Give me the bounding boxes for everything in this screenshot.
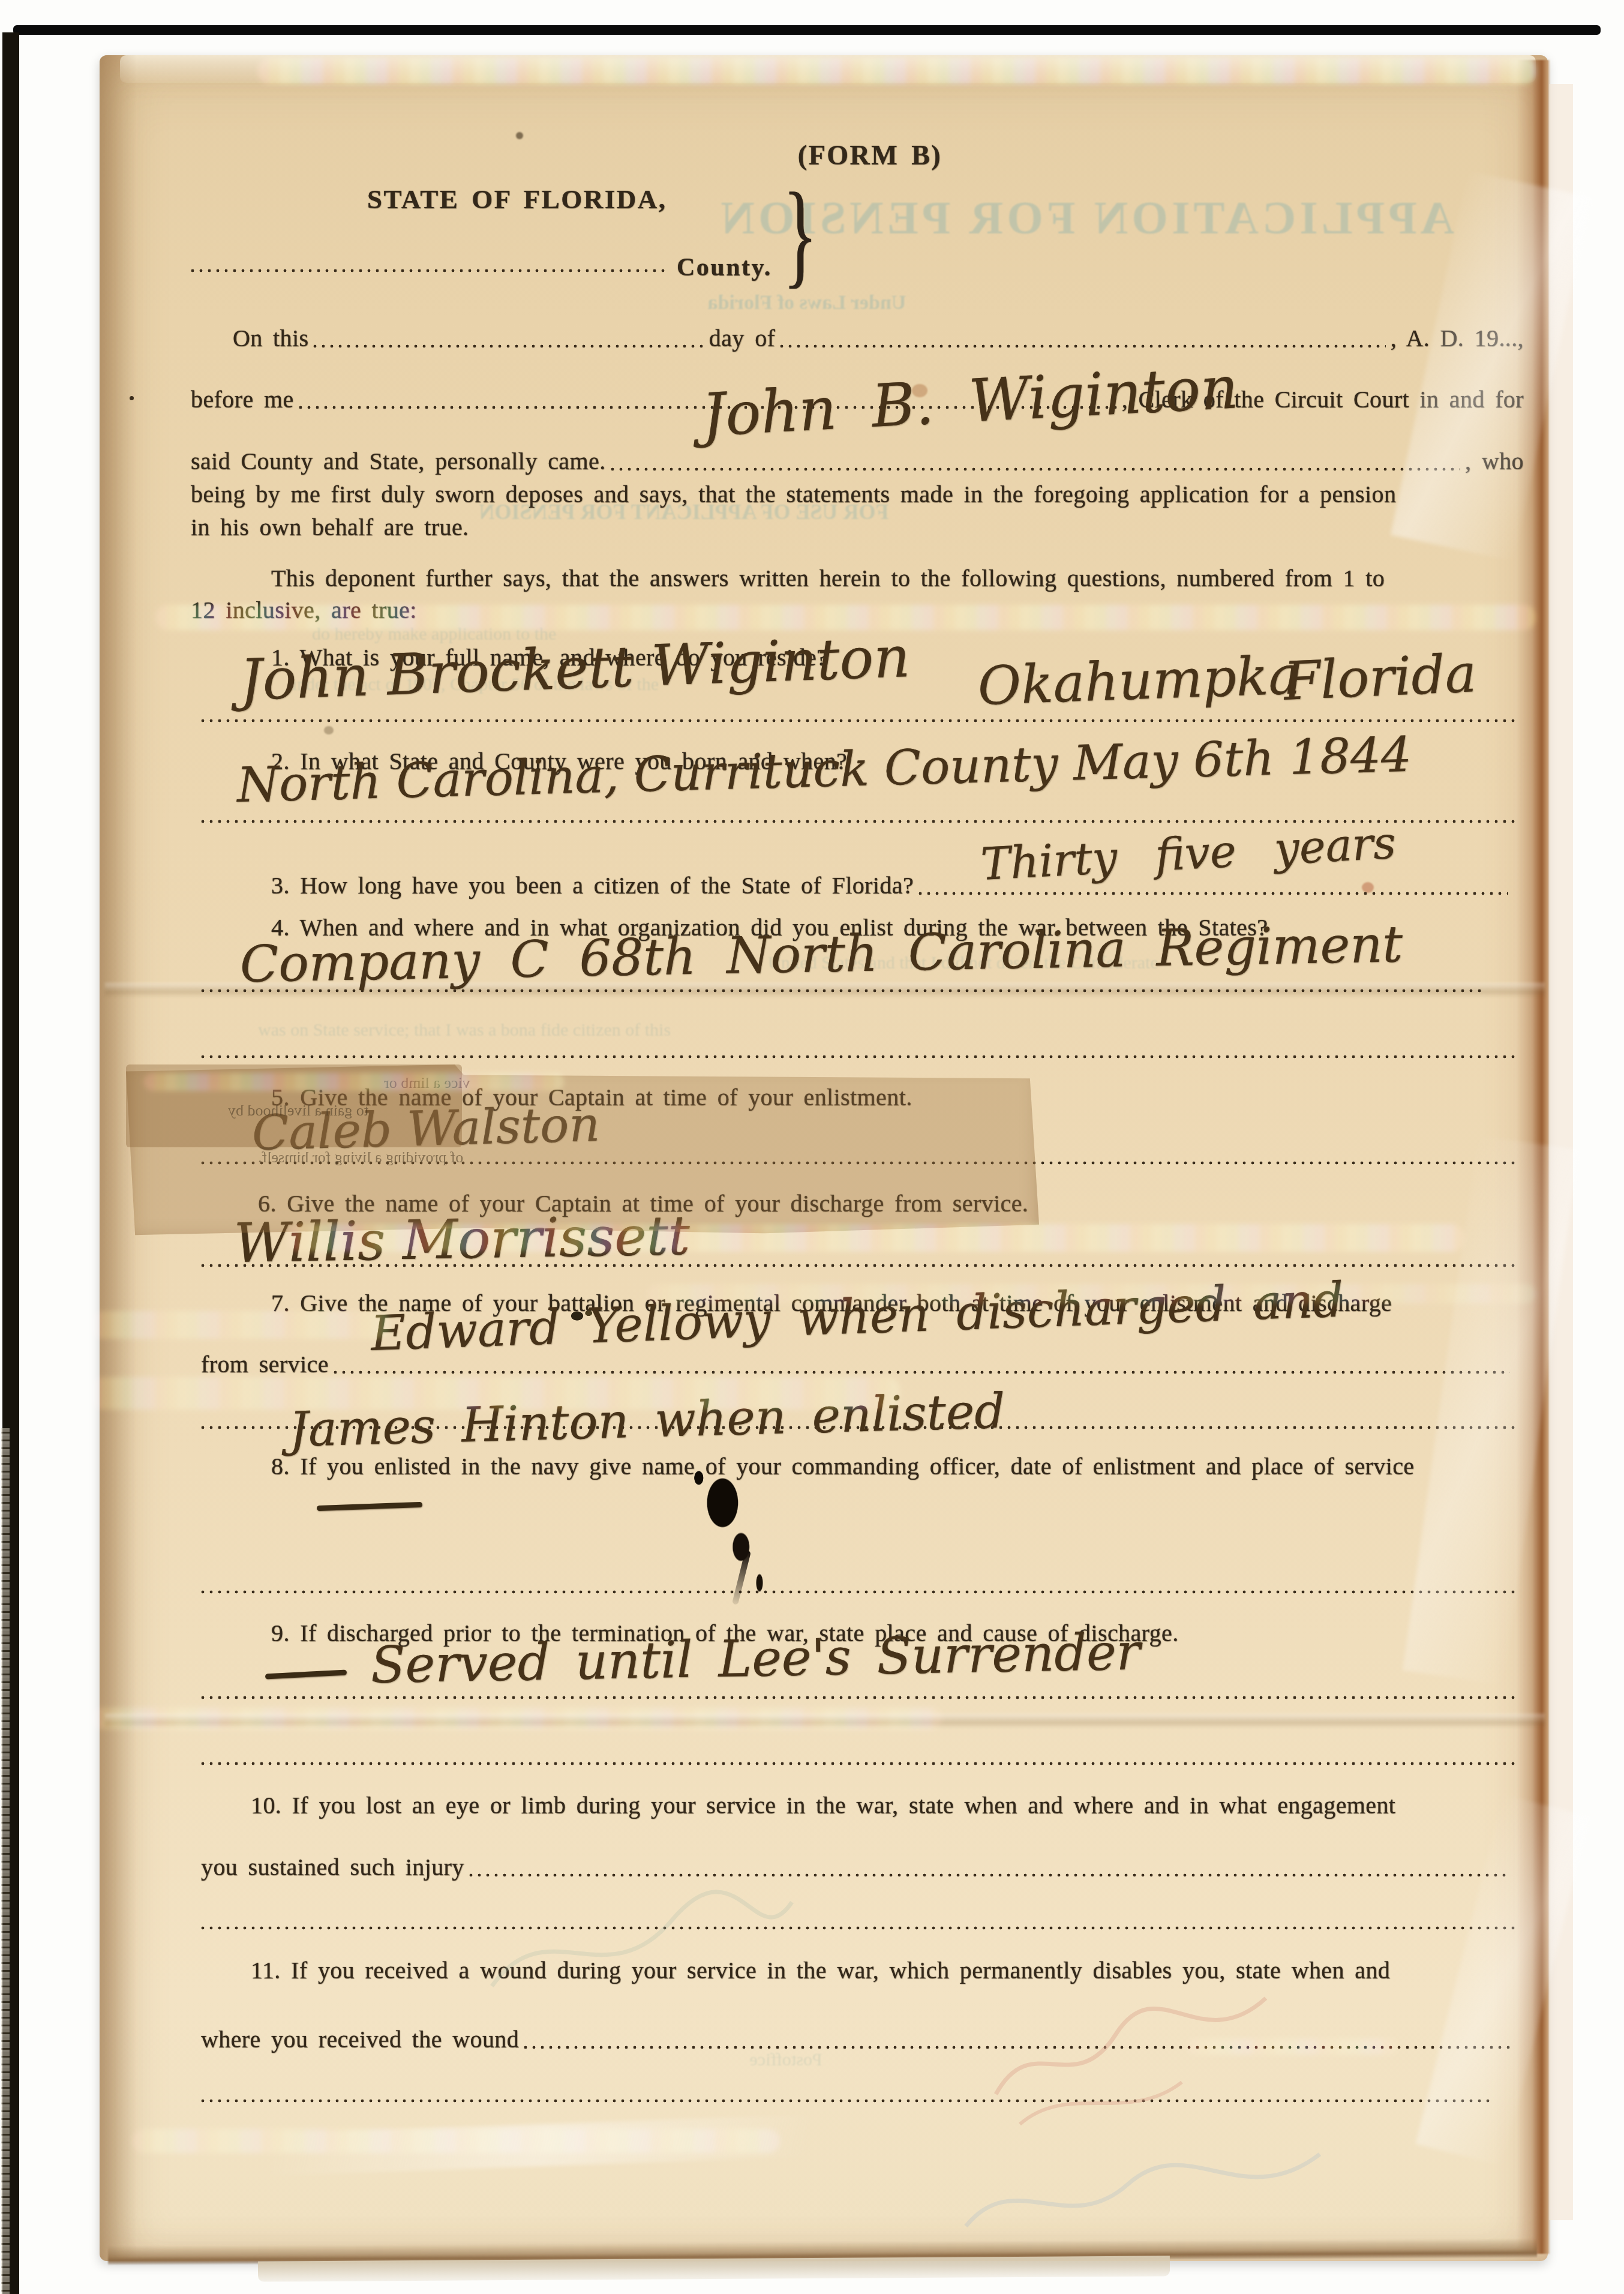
- personally-came-line: said County and State, personally came. …: [191, 447, 1524, 475]
- holographic-glare-band: [1188, 2039, 1398, 2055]
- before-me-label: before me: [191, 385, 294, 413]
- question-8: 8. If you enlisted in the navy give name…: [271, 1452, 1415, 1480]
- question-11-continuation: where you received the wound: [201, 2025, 519, 2053]
- blank-rule: [918, 892, 1508, 895]
- question-3: 3. How long have you been a citizen of t…: [271, 871, 914, 899]
- tape-bleedthrough-fragment: to gain a livelihood by: [228, 1102, 368, 1120]
- holographic-glare-band: [258, 58, 1536, 84]
- answer-1-dotted-rule: [201, 719, 1515, 722]
- paper-stain: [324, 726, 334, 734]
- question-3-line: 3. How long have you been a citizen of t…: [271, 871, 1513, 899]
- question-10-line-2: you sustained such injury: [201, 1853, 1515, 1881]
- holographic-glare-band: [288, 1224, 1464, 1252]
- holographic-glare-band: [90, 1708, 942, 1729]
- question-10-line-1: 10. If you lost an eye or limb during yo…: [251, 1791, 1395, 1819]
- county-brace: }: [783, 167, 818, 301]
- sworn-line: being by me first duly sworn deposes and…: [191, 480, 1396, 508]
- holographic-glare-band: [648, 1284, 1536, 1303]
- county-dotted-rule: [191, 269, 666, 272]
- on-this-line: On this day of , A. D. 19...,: [233, 324, 1524, 352]
- on-this-label: On this: [233, 324, 308, 352]
- bleed-through-ink-marks: [480, 1854, 804, 2022]
- blank-rule: [313, 344, 704, 348]
- holographic-glare-band: [90, 1377, 900, 1410]
- ink-speck: [563, 1302, 599, 1330]
- blank-rule: [611, 467, 1461, 471]
- blank-dotted-rule: [201, 1926, 1515, 1930]
- came-label: said County and State, personally came.: [191, 447, 606, 475]
- blank-rule: [780, 344, 1386, 348]
- day-of-label: day of: [709, 324, 775, 352]
- form-label: (FORM B): [720, 139, 1020, 171]
- holographic-glare-band: [90, 1311, 390, 1339]
- tape-bleedthrough-fragment: of providing a living for himself.: [258, 1149, 463, 1167]
- blank-dotted-rule: [201, 1055, 1515, 1058]
- answer-9-dotted-rule: [201, 1696, 1515, 1699]
- blank-dotted-rule: [201, 1762, 1515, 1765]
- from-service-label: from service: [201, 1350, 329, 1378]
- ink-blot: [654, 1464, 786, 1602]
- bleed-through-ink-marks: [960, 2130, 1332, 2268]
- county-label: County.: [677, 253, 772, 282]
- paper-stain: [516, 132, 523, 139]
- scanned-pension-form-page: APPLICATION FOR PENSION Under Laws of Fl…: [0, 0, 1624, 2294]
- state-heading: STATE OF FLORIDA,: [367, 184, 667, 215]
- stray-ink-dot: [130, 396, 134, 400]
- blank-dotted-rule: [201, 1590, 1515, 1594]
- behalf-line: in his own behalf are true.: [191, 513, 469, 541]
- scan-edge-top: [13, 25, 1601, 35]
- question-10-continuation: you sustained such injury: [201, 1853, 464, 1881]
- holographic-glare-band: [156, 605, 1536, 630]
- bleedthrough-line: was on State service; that I was a bona …: [258, 1020, 671, 1040]
- blank-rule: [334, 1371, 1510, 1374]
- answer-1-town-handwriting: Okahumpka: [977, 644, 1301, 717]
- scan-edge-left-texture: [1, 1428, 10, 2294]
- answer-1-state-handwriting: Florida: [1283, 642, 1478, 712]
- deponent-line-1: This deponent further says, that the ans…: [271, 564, 1385, 592]
- holographic-glare-band: [144, 1073, 564, 1091]
- blank-dotted-rule: [201, 2099, 1491, 2103]
